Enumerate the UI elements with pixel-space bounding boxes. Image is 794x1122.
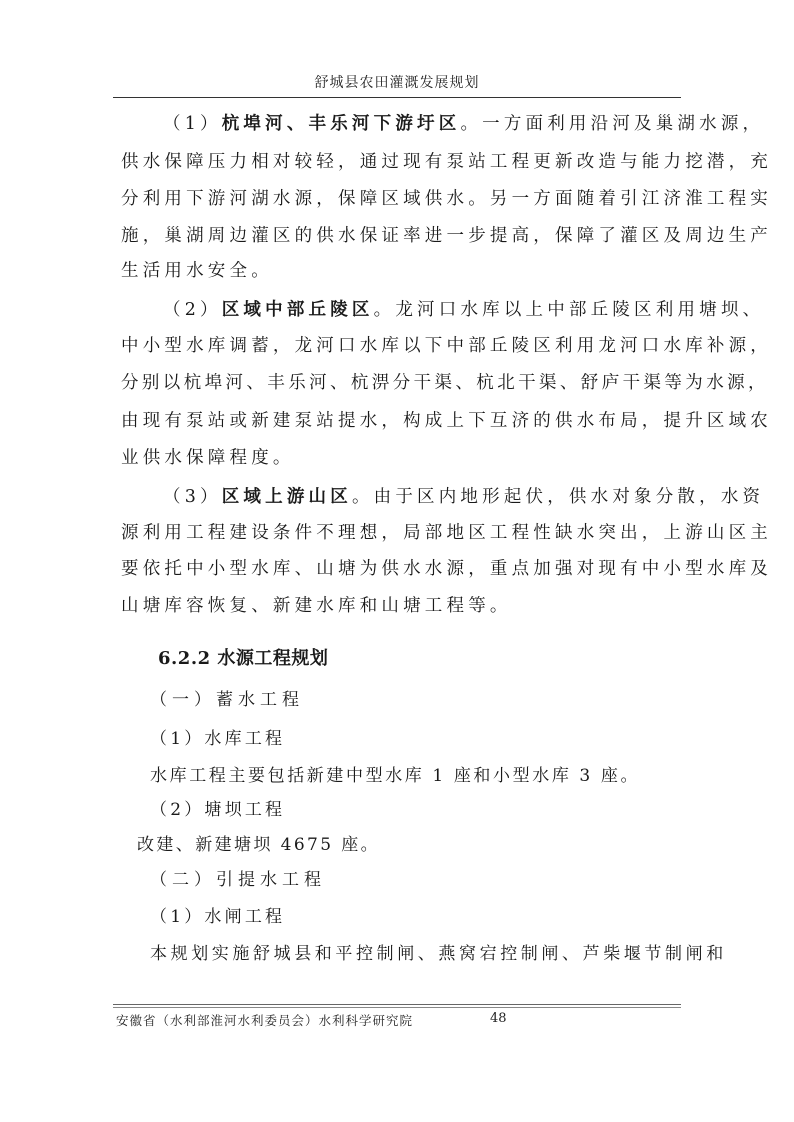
footer-rule	[113, 1004, 681, 1005]
header-rule	[113, 97, 681, 98]
item-pond-dam-works: （2）塘坝工程	[150, 799, 285, 821]
paragraph-1-label: （1）	[163, 114, 222, 134]
paragraph-2-line-3: 分别以杭埠河、丰乐河、杭淠分干渠、杭北干渠、舒庐干渠等为水源，	[121, 372, 769, 394]
sluice-works-text: 本规划实施舒城县和平控制闸、燕窝宕控制闸、芦柴堰节制闸和	[150, 943, 727, 965]
paragraph-2-title: 区域中部丘陵区	[222, 300, 374, 320]
footer-rule-secondary	[113, 1007, 681, 1008]
paragraph-1-title: 杭埠河、丰乐河下游圩区	[222, 114, 461, 134]
paragraph-2-line-2: 中小型水库调蓄，龙河口水库以下中部丘陵区利用龙河口水库补源，	[121, 335, 772, 357]
paragraph-1-line-5: 生活用水安全。	[121, 260, 273, 282]
page-number: 48	[490, 1011, 507, 1026]
subsection-storage-works: （一）蓄水工程	[150, 689, 304, 711]
pond-dam-works-text: 改建、新建塘坝 4675 座。	[137, 834, 380, 856]
paragraph-1-line-4: 施，巢湖周边灌区的供水保证率进一步提高，保障了灌区及周边生产	[121, 225, 772, 247]
paragraph-3-line-3: 要依托中小型水库、山塘为供水水源，重点加强对现有中小型水库及	[121, 558, 772, 580]
paragraph-2-line-1: （2）区域中部丘陵区。龙河口水库以上中部丘陵区利用塘坝、	[163, 299, 764, 321]
paragraph-2-text: 。龙河口水库以上中部丘陵区利用塘坝、	[374, 300, 765, 320]
subsection-diversion-works: （二）引提水工程	[150, 869, 326, 891]
item-reservoir-works: （1）水库工程	[150, 728, 285, 750]
paragraph-1-line-1: （1）杭埠河、丰乐河下游圩区。一方面利用沿河及巢湖水源，	[163, 113, 764, 135]
reservoir-works-text: 水库工程主要包括新建中型水库 1 座和小型水库 3 座。	[150, 765, 640, 787]
paragraph-3-label: （3）	[163, 487, 222, 507]
footer-organization: 安徽省（水利部淮河水利委员会）水利科学研究院	[116, 1011, 413, 1029]
paragraph-2-line-5: 业供水保障程度。	[121, 447, 295, 469]
item-sluice-works: （1）水闸工程	[150, 906, 285, 928]
paragraph-3-text: 。由于区内地形起伏，供水对象分散，水资	[352, 487, 764, 507]
section-heading: 6.2.2 水源工程规划	[158, 644, 328, 670]
paragraph-3-line-2: 源利用工程建设条件不理想，局部地区工程性缺水突出，上游山区主	[121, 522, 772, 544]
paragraph-1-line-2: 供水保障压力相对较轻，通过现有泵站工程更新改造与能力挖潜，充	[121, 151, 772, 173]
paragraph-1-line-3: 分利用下游河湖水源，保障区域供水。另一方面随着引江济淮工程实	[121, 188, 772, 210]
paragraph-1-text: 。一方面利用沿河及巢湖水源，	[460, 114, 764, 134]
paragraph-3-line-4: 山塘库容恢复、新建水库和山塘工程等。	[121, 595, 512, 617]
paragraph-2-line-4: 由现有泵站或新建泵站提水，构成上下互济的供水布局，提升区域农	[121, 410, 772, 432]
paragraph-3-line-1: （3）区域上游山区。由于区内地形起伏，供水对象分散，水资	[163, 486, 764, 508]
running-header-title: 舒城县农田灌溉发展规划	[0, 72, 794, 92]
paragraph-3-title: 区域上游山区	[222, 487, 352, 507]
paragraph-2-label: （2）	[163, 300, 222, 320]
